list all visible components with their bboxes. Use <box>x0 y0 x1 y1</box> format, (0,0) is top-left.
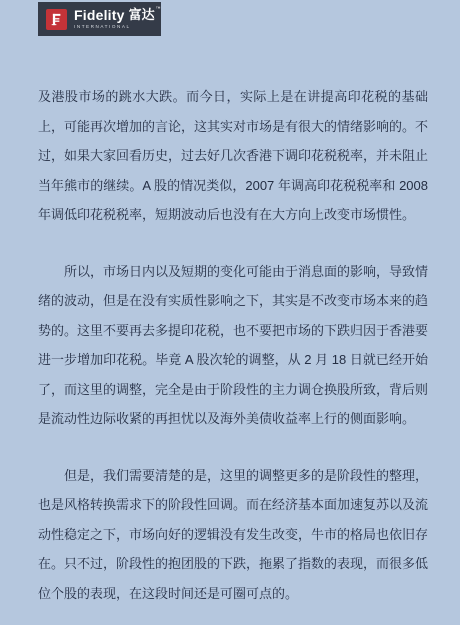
trademark-symbol: ™ <box>156 7 161 12</box>
logo-wordmark: Fidelity <box>74 8 125 22</box>
fidelity-f-icon <box>46 9 67 30</box>
logo-wordmark-chinese: 富达 <box>129 8 155 21</box>
logo-tagline: INTERNATIONAL <box>74 25 161 30</box>
fidelity-logo: Fidelity 富达 ™ INTERNATIONAL <box>38 2 161 36</box>
article-page: { "page": { "background_color": "#b5c7de… <box>0 0 460 625</box>
article-body: 及港股市场的跳水大跌。而今日，实际上是在讲提高印花税的基础上，可能再次增加的言论… <box>38 82 428 608</box>
paragraph-1: 及港股市场的跳水大跌。而今日，实际上是在讲提高印花税的基础上，可能再次增加的言论… <box>38 82 428 230</box>
paragraph-2: 所以，市场日内以及短期的变化可能由于消息面的影响，导致情绪的波动，但是在没有实质… <box>38 257 428 434</box>
logo-text: Fidelity 富达 ™ INTERNATIONAL <box>74 8 161 29</box>
paragraph-3: 但是，我们需要清楚的是，这里的调整更多的是阶段性的整理，也是风格转换需求下的阶段… <box>38 461 428 609</box>
